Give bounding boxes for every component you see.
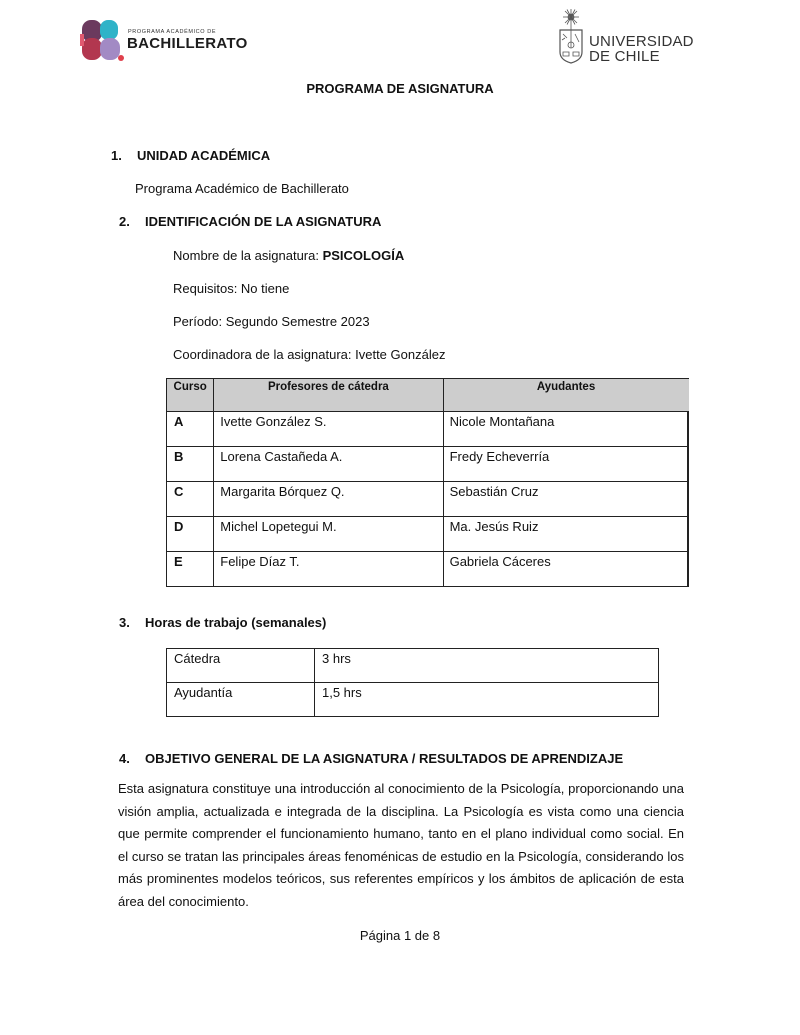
- profesor-cell: Lorena Castañeda A.: [214, 447, 443, 482]
- ayudante-cell: Fredy Echeverría: [443, 447, 687, 482]
- section-title: OBJETIVO GENERAL DE LA ASIGNATURA / RESU…: [145, 751, 623, 766]
- profesor-cell: Margarita Bórquez Q.: [214, 482, 443, 517]
- column-header-curso: Curso: [167, 379, 214, 412]
- page-title: PROGRAMA DE ASIGNATURA: [0, 81, 800, 96]
- profesor-cell: Felipe Díaz T.: [214, 552, 443, 587]
- coordinator-field: Coordinadora de la asignatura: Ivette Go…: [173, 347, 445, 362]
- objective-paragraph: Esta asignatura constituye una introducc…: [118, 778, 684, 913]
- section-title: Horas de trabajo (semanales): [145, 615, 326, 630]
- truncated-column-cell: [687, 412, 688, 447]
- section-number: 2.: [119, 214, 145, 229]
- course-name-label: Nombre de la asignatura:: [173, 248, 323, 263]
- ayudante-cell: Sebastián Cruz: [443, 482, 687, 517]
- table-header-row: Curso Profesores de cátedra Ayudantes: [167, 379, 689, 412]
- curso-cell: D: [167, 517, 214, 552]
- section-number: 3.: [119, 615, 145, 630]
- requirements-field: Requisitos: No tiene: [173, 281, 289, 296]
- section-title: IDENTIFICACIÓN DE LA ASIGNATURA: [145, 214, 381, 229]
- bachillerato-logo: PROGRAMA ACADÉMICO DE BACHILLERATO: [80, 20, 250, 62]
- column-header-ayudantes: Ayudantes: [443, 379, 688, 412]
- curso-cell: B: [167, 447, 214, 482]
- hours-cell: 3 hrs: [315, 649, 659, 683]
- table-row: Cátedra3 hrs: [167, 649, 659, 683]
- profesor-cell: Michel Lopetegui M.: [214, 517, 443, 552]
- curso-cell: E: [167, 552, 214, 587]
- hours-cell: 1,5 hrs: [315, 683, 659, 717]
- column-header-profesores: Profesores de cátedra: [214, 379, 443, 412]
- university-crest-icon: [557, 8, 585, 64]
- bachillerato-b-mark-icon: [80, 20, 124, 62]
- truncated-column-cell: [687, 517, 688, 552]
- table-row: Ayudantía1,5 hrs: [167, 683, 659, 717]
- page-number: Página 1 de 8: [0, 928, 800, 943]
- ayudante-cell: Ma. Jesús Ruiz: [443, 517, 687, 552]
- academic-unit-text: Programa Académico de Bachillerato: [135, 181, 349, 196]
- activity-cell: Cátedra: [167, 649, 315, 683]
- period-field: Período: Segundo Semestre 2023: [173, 314, 370, 329]
- curso-cell: A: [167, 412, 214, 447]
- activity-cell: Ayudantía: [167, 683, 315, 717]
- section-1-heading: 1.UNIDAD ACADÉMICA: [111, 148, 270, 163]
- universidad-de-chile-logo: UNIVERSIDAD DE CHILE: [557, 8, 692, 66]
- section-4-heading: 4.OBJETIVO GENERAL DE LA ASIGNATURA / RE…: [119, 751, 623, 766]
- truncated-column-cell: [687, 482, 688, 517]
- university-name-line2: DE CHILE: [589, 49, 694, 64]
- section-title: UNIDAD ACADÉMICA: [137, 148, 270, 163]
- hours-table: Cátedra3 hrsAyudantía1,5 hrs: [166, 648, 659, 717]
- section-number: 4.: [119, 751, 145, 766]
- table-row: AIvette González S.Nicole Montañana: [167, 412, 689, 447]
- profesor-cell: Ivette González S.: [214, 412, 443, 447]
- university-name: UNIVERSIDAD DE CHILE: [589, 34, 694, 64]
- section-number: 1.: [111, 148, 137, 163]
- table-row: EFelipe Díaz T.Gabriela Cáceres: [167, 552, 689, 587]
- section-2-heading: 2.IDENTIFICACIÓN DE LA ASIGNATURA: [119, 214, 381, 229]
- section-3-heading: 3.Horas de trabajo (semanales): [119, 615, 326, 630]
- table-row: CMargarita Bórquez Q.Sebastián Cruz: [167, 482, 689, 517]
- truncated-column-cell: [687, 447, 688, 482]
- staff-table: Curso Profesores de cátedra Ayudantes AI…: [166, 378, 689, 587]
- course-name-value: PSICOLOGÍA: [323, 248, 405, 263]
- course-name-field: Nombre de la asignatura: PSICOLOGÍA: [173, 248, 404, 263]
- curso-cell: C: [167, 482, 214, 517]
- table-row: BLorena Castañeda A.Fredy Echeverría: [167, 447, 689, 482]
- truncated-column-cell: [687, 552, 688, 587]
- ayudante-cell: Nicole Montañana: [443, 412, 687, 447]
- table-row: DMichel Lopetegui M.Ma. Jesús Ruiz: [167, 517, 689, 552]
- logo-big-text: BACHILLERATO: [127, 35, 248, 52]
- ayudante-cell: Gabriela Cáceres: [443, 552, 687, 587]
- university-name-line1: UNIVERSIDAD: [589, 34, 694, 49]
